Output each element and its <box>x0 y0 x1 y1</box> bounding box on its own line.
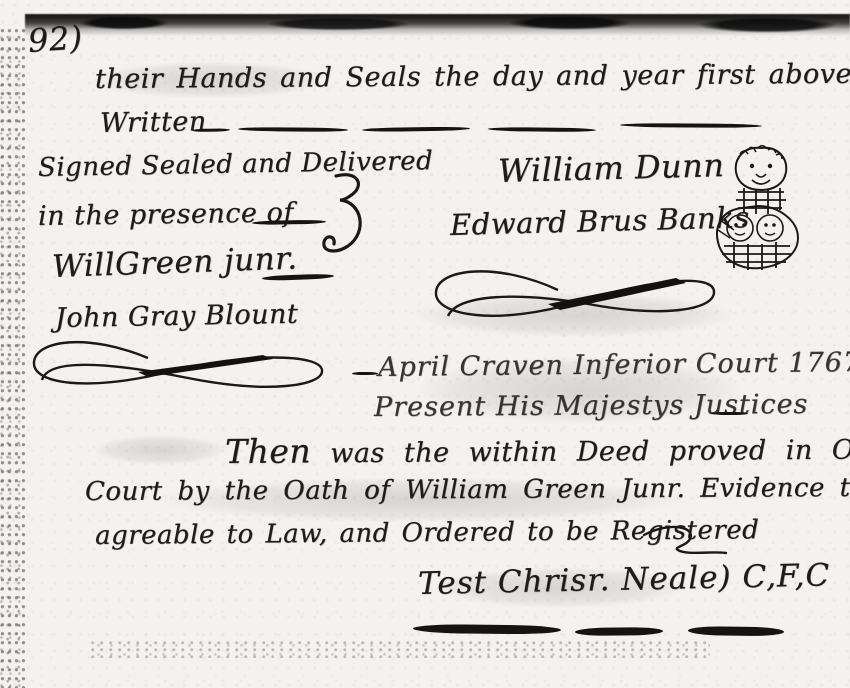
court-record-line-4: Court by the Oath of William Green Junr.… <box>85 473 850 507</box>
pen-dash <box>488 127 596 132</box>
court-record-line-2: Present His Majestys Justices <box>374 389 809 423</box>
opening-line-1: their Hands and Seals the day and year f… <box>95 59 850 95</box>
wax-seal-two-faces <box>712 202 804 274</box>
ink-smudge <box>70 430 250 470</box>
pen-dash <box>252 220 326 225</box>
witness-signature-1: WillGreen junr. <box>51 240 298 285</box>
court-record-line-3: Then was the within Deed proved in Open <box>225 427 850 471</box>
scan-edge-top-band <box>25 14 850 36</box>
brace-flourish <box>318 172 374 268</box>
pen-dash <box>712 412 748 415</box>
court-record-line-1: April Craven Inferior Court 1767, <box>378 347 850 383</box>
signature-flourish-left <box>28 328 328 398</box>
clerk-attestation: Test Chrisr. Neale) C,F,C <box>418 557 831 602</box>
scan-edge-left-speckle <box>0 28 26 688</box>
pen-dash <box>192 128 230 132</box>
scan-bottom-speckle <box>90 640 710 658</box>
registered-tail-flourish <box>640 525 730 561</box>
pen-dash <box>620 123 762 128</box>
attestation-line-1: Signed Sealed and Delivered <box>38 146 434 183</box>
heavy-underline <box>413 624 561 635</box>
opening-line-2: Written <box>100 106 207 139</box>
pen-dash <box>352 372 378 375</box>
pen-dash <box>362 126 470 132</box>
pen-dash <box>238 127 348 132</box>
grantor-signature-1: William Dunn <box>498 146 725 190</box>
page-number: 92) <box>27 18 84 60</box>
heavy-underline <box>575 627 663 636</box>
court-record-line-3-rest: was the within Deed proved in Open <box>330 434 850 469</box>
grantor-signature-2: Edward Brus Banks <box>450 200 750 242</box>
heavy-underline <box>688 626 784 636</box>
court-record-line-3-lead: Then <box>225 431 311 471</box>
signature-flourish-right <box>428 256 720 332</box>
scanned-deed-page: 92) their Hands and Seals the day and ye… <box>0 0 850 688</box>
attestation-line-2: in the presence of <box>38 197 294 232</box>
